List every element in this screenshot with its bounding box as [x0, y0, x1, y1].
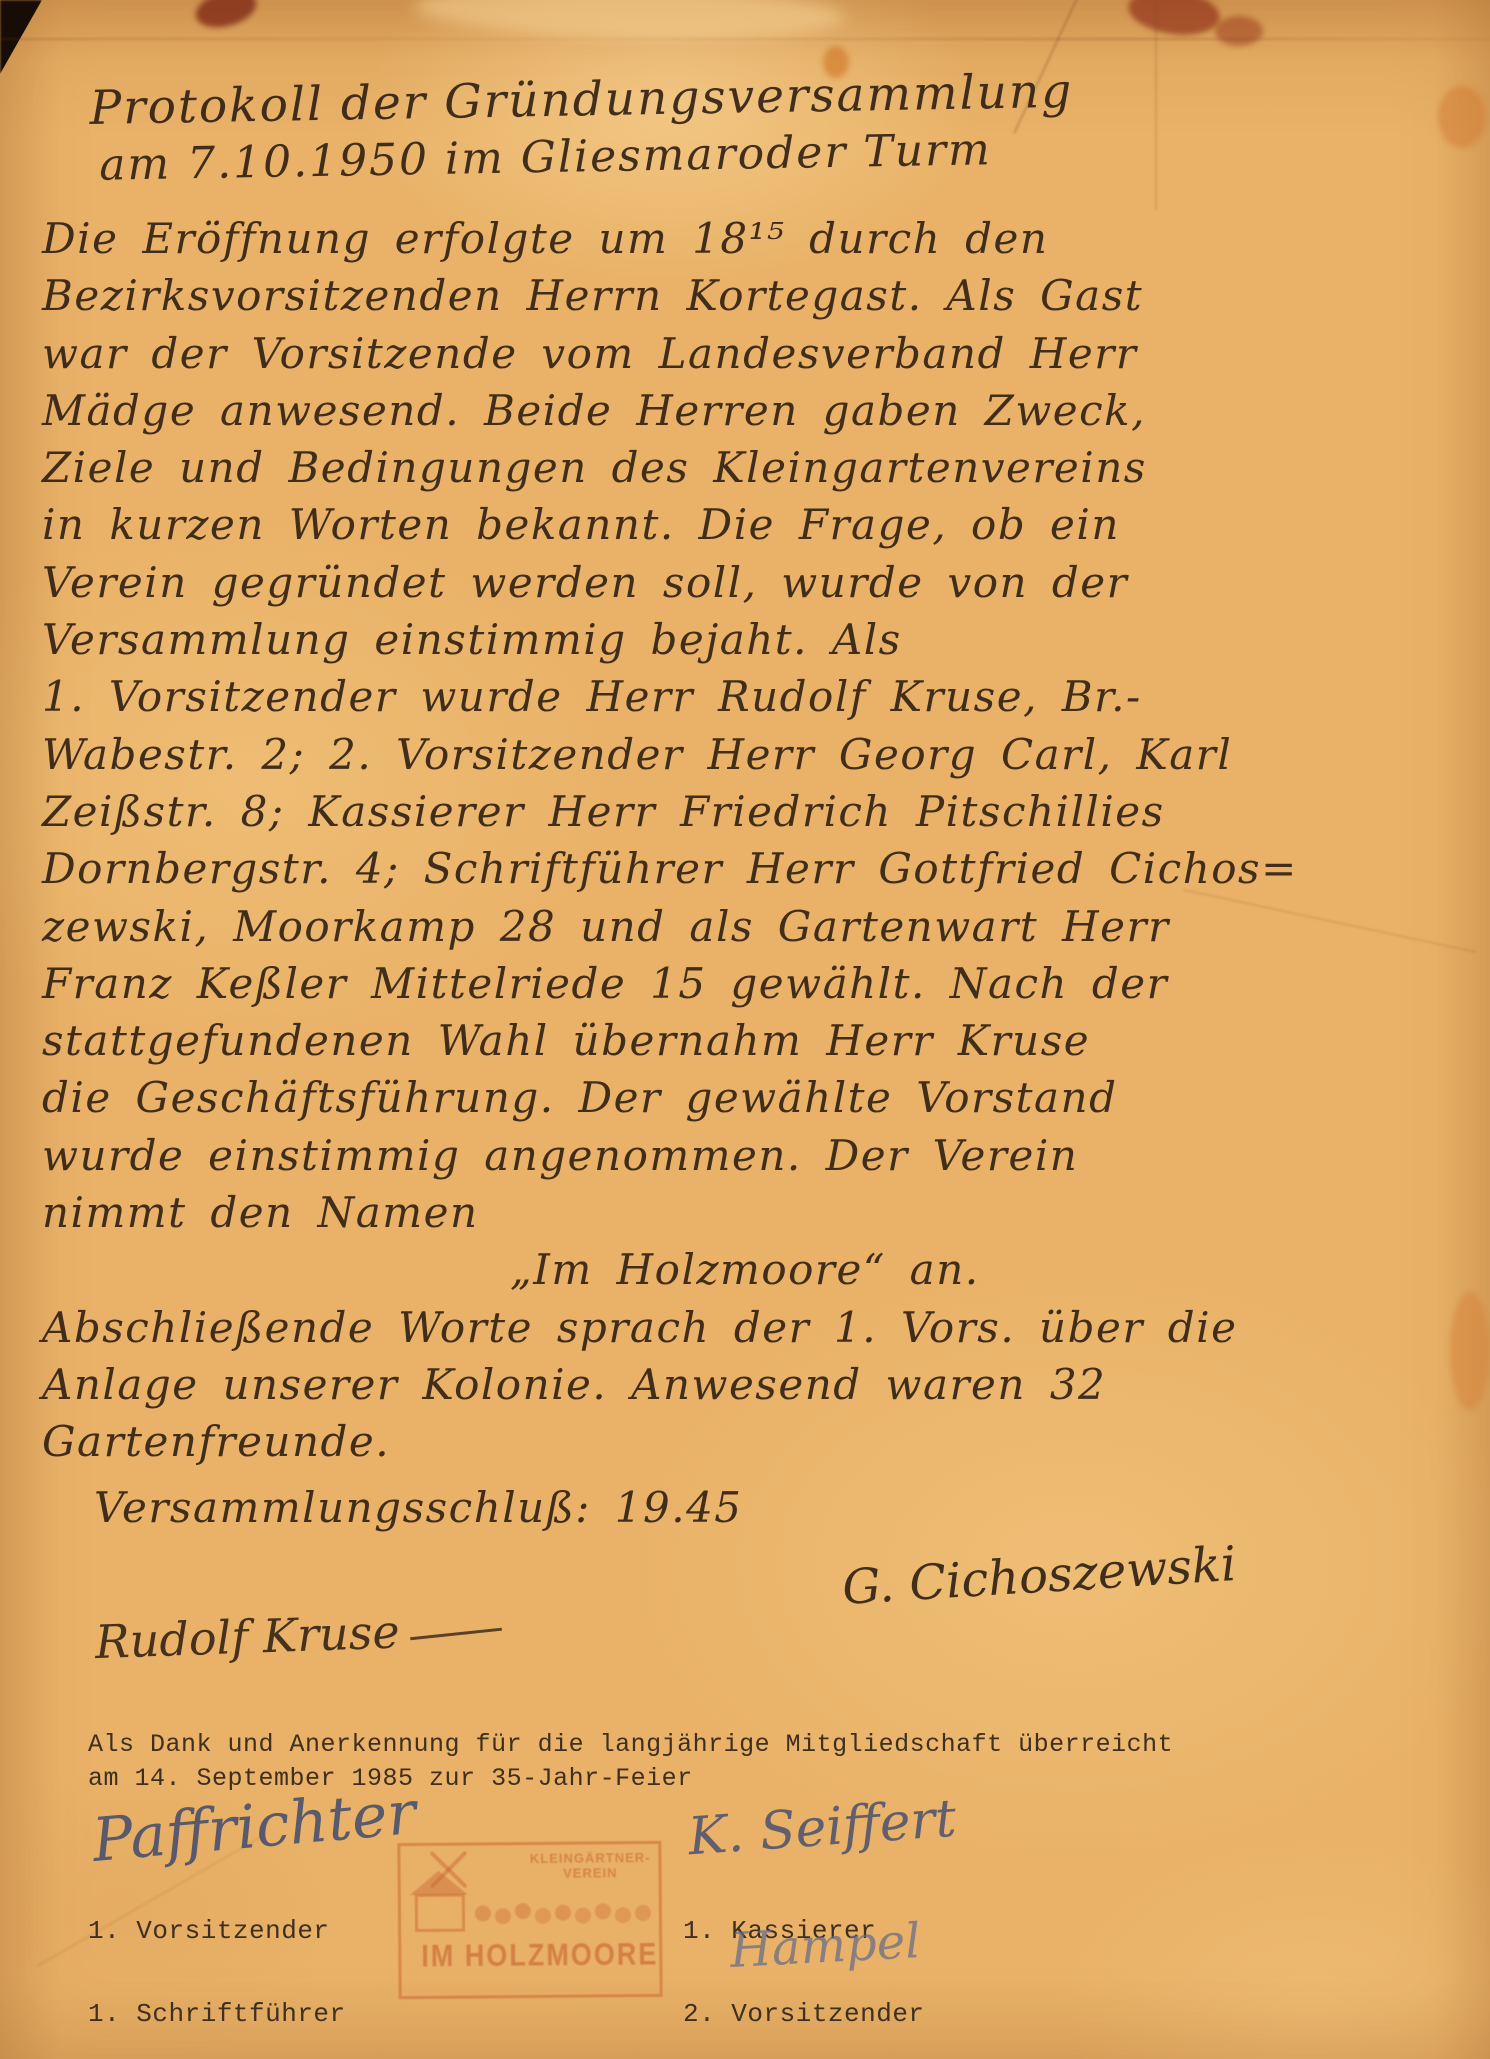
signature-hampel: Hampel: [729, 1913, 922, 1979]
role-label-1-schriftfuehrer: 1. Schriftführer: [88, 1999, 346, 2029]
protocol-line: Versammlung einstimmig bejaht. Als: [42, 611, 1454, 668]
protocol-line: Gartenfreunde.: [42, 1413, 1454, 1470]
protocol-body: Die Eröffnung erfolgte um 18¹⁵ durch den…: [42, 210, 1454, 1536]
paper-crease: [0, 38, 1490, 40]
protocol-line: Ziele und Bedingungen des Kleingartenver…: [42, 439, 1454, 496]
role-label-1-vorsitzender: 1. Vorsitzender: [88, 1916, 330, 1946]
protocol-line: Wabestr. 2; 2. Vorsitzender Herr Georg C…: [42, 726, 1454, 783]
document-title: Protokoll der Gründungsversammlung am 7.…: [89, 64, 1001, 194]
protocol-line: Bezirksvorsitzenden Herrn Kortegast. Als…: [42, 267, 1454, 324]
stamp-trees-icon: [475, 1905, 491, 1921]
dedication-line-2: am 14. September 1985 zur 35-Jahr-Feier: [88, 1762, 1173, 1796]
protocol-line: die Geschäftsführung. Der gewählte Vorst…: [42, 1069, 1454, 1126]
dedication-line-1: Als Dank und Anerkennung für die langjäh…: [88, 1728, 1173, 1762]
stamp-house-icon: [415, 1894, 465, 1932]
protocol-line: Anlage unserer Kolonie. Anwesend waren 3…: [42, 1356, 1454, 1413]
club-name-line: „Im Holzmoore“ an.: [510, 1241, 1454, 1298]
protocol-line: Abschließende Worte sprach der 1. Vors. …: [42, 1299, 1454, 1356]
protocol-line: Dornbergstr. 4; Schriftführer Herr Gottf…: [42, 840, 1454, 897]
protocol-line: Verein gegründet werden soll, wurde von …: [42, 554, 1454, 611]
club-stamp: KLEINGÄRTNER- VEREIN IM HOLZMOORE: [397, 1841, 662, 1999]
dedication-text: Als Dank und Anerkennung für die langjäh…: [88, 1728, 1173, 1796]
stamp-club-name: IM HOLZMOORE: [421, 1937, 658, 1975]
protocol-line: Die Eröffnung erfolgte um 18¹⁵ durch den: [42, 210, 1454, 267]
protocol-line: wurde einstimmig angenommen. Der Verein: [42, 1127, 1454, 1184]
protocol-line: zewski, Moorkamp 28 und als Gartenwart H…: [42, 898, 1454, 955]
protocol-line: Mädge anwesend. Beide Herren gaben Zweck…: [42, 382, 1454, 439]
stamp-header-line-2: VEREIN: [530, 1865, 651, 1881]
protocol-line: Zeißstr. 8; Kassierer Herr Friedrich Pit…: [42, 783, 1454, 840]
protocol-line: nimmt den Namen: [42, 1184, 1454, 1241]
closing-time-line: Versammlungsschluß: 19.45: [94, 1479, 1454, 1536]
paper-stain: [1438, 86, 1486, 148]
protocol-line: Franz Keßler Mittelriede 15 gewählt. Nac…: [42, 955, 1454, 1012]
protocol-line: in kurzen Worten bekannt. Die Frage, ob …: [42, 496, 1454, 553]
stamp-header-text: KLEINGÄRTNER- VEREIN: [530, 1850, 651, 1881]
paper-stain: [1215, 16, 1263, 46]
stamp-header-line-1: KLEINGÄRTNER-: [530, 1850, 651, 1866]
role-label-2-vorsitzender: 2. Vorsitzender: [683, 1999, 925, 2029]
protocol-line: war der Vorsitzende vom Landesverband He…: [42, 325, 1454, 382]
protocol-line: 1. Vorsitzender wurde Herr Rudolf Kruse,…: [42, 668, 1454, 725]
paper-crease: [1155, 0, 1157, 210]
paper-stain: [1450, 1292, 1490, 1410]
protocol-line: stattgefundenen Wahl übernahm Herr Kruse: [42, 1012, 1454, 1069]
